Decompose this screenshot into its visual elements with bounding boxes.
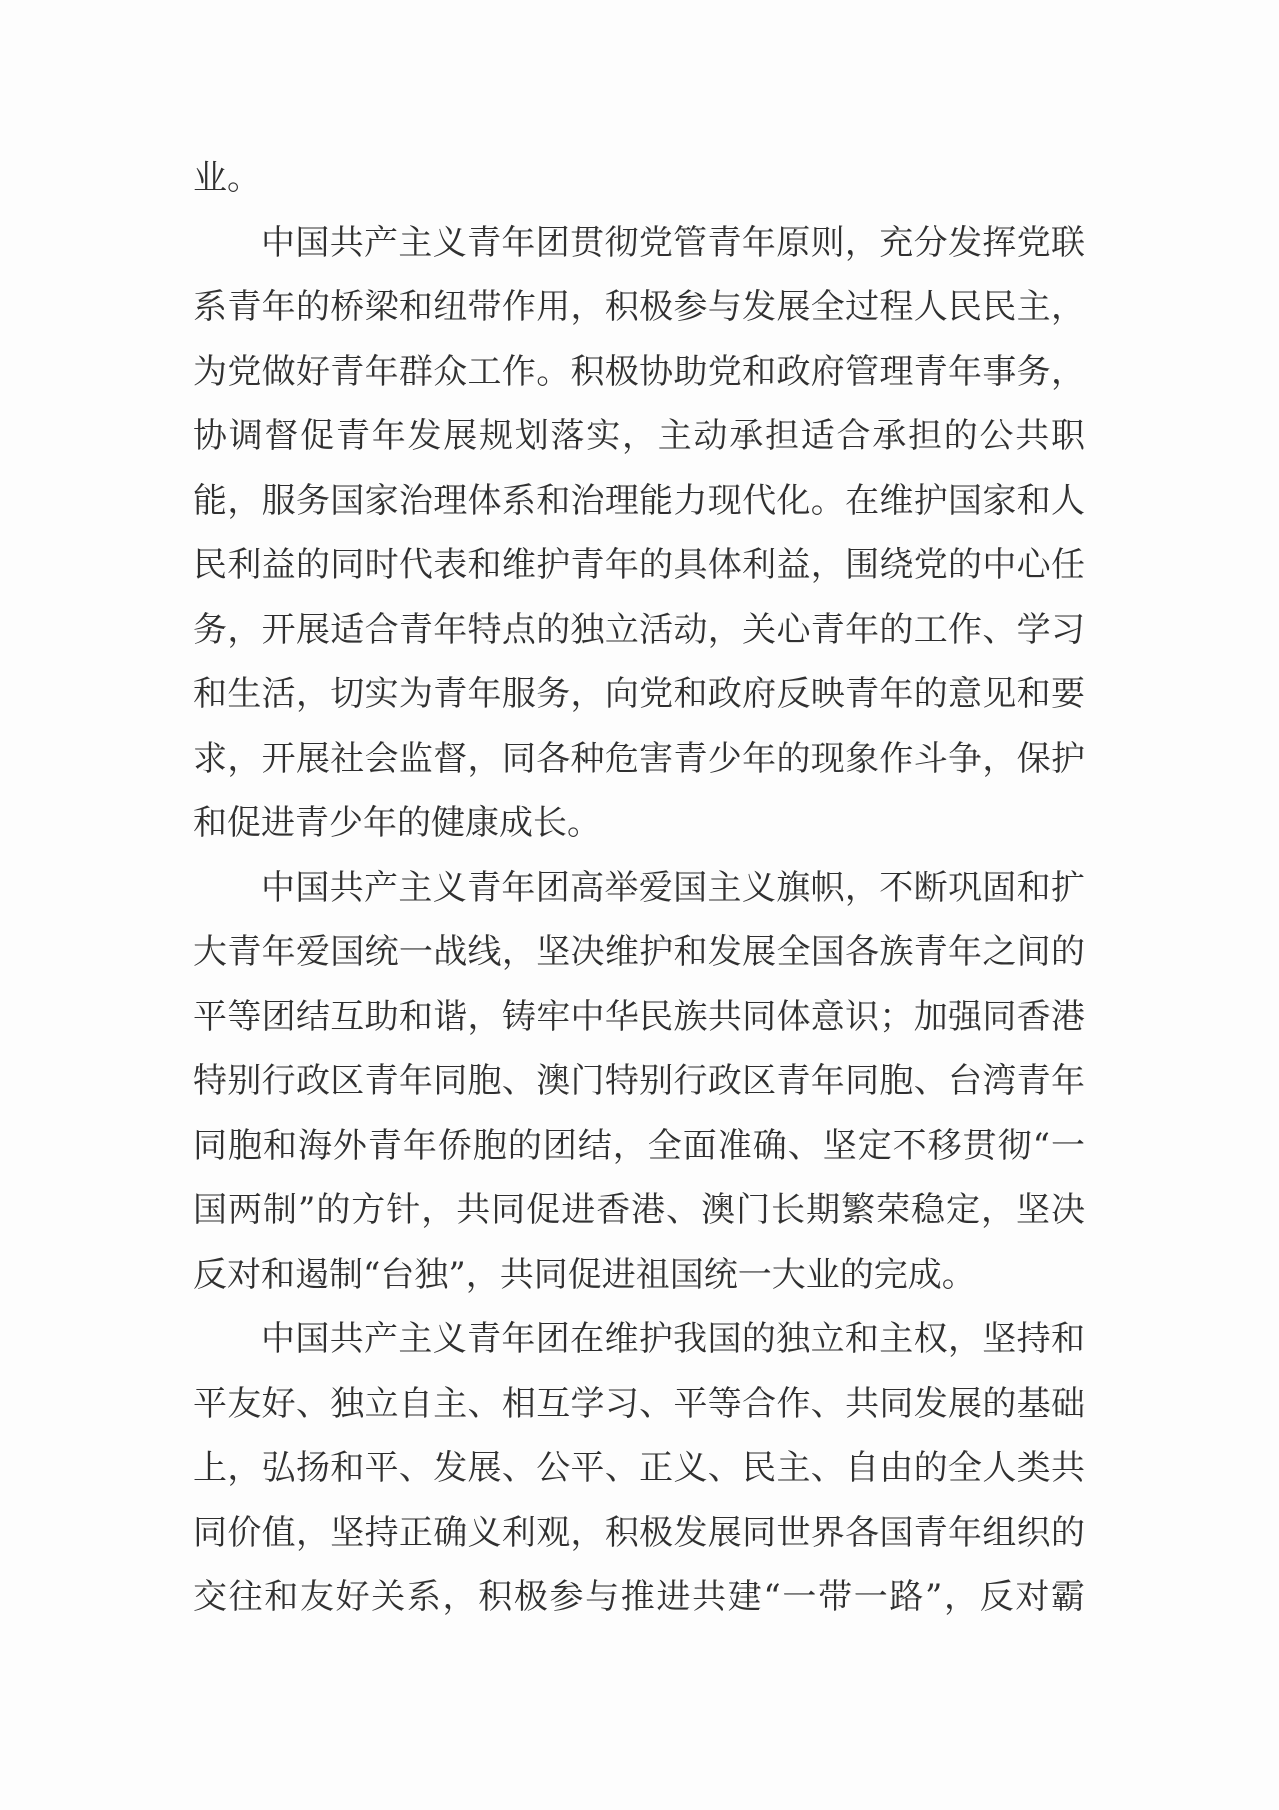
text-line: 同价值，坚持正确义利观，积极发展同世界各国青年组织的 (193, 1501, 1085, 1566)
text-line: 特别行政区青年同胞、澳门特别行政区青年同胞、台湾青年 (193, 1049, 1085, 1114)
text-line: 和促进青少年的健康成长。 (193, 791, 1085, 856)
text-line: 交往和友好关系，积极参与推进共建“一带一路”，反对霸 (193, 1565, 1085, 1630)
text-line: 中国共产主义青年团在维护我国的独立和主权，坚持和 (193, 1307, 1085, 1372)
document-page: 业。中国共产主义青年团贯彻党管青年原则，充分发挥党联系青年的桥梁和纽带作用，积极… (0, 0, 1279, 1810)
text-line: 系青年的桥梁和纽带作用，积极参与发展全过程人民民主， (193, 275, 1085, 340)
text-line: 平等团结互助和谐，铸牢中华民族共同体意识；加强同香港 (193, 985, 1085, 1050)
text-line: 能，服务国家治理体系和治理能力现代化。在维护国家和人 (193, 469, 1085, 534)
text-line: 上，弘扬和平、发展、公平、正义、民主、自由的全人类共 (193, 1436, 1085, 1501)
text-line: 中国共产主义青年团贯彻党管青年原则，充分发挥党联 (193, 211, 1085, 276)
text-line: 业。 (193, 146, 1085, 211)
text-line: 同胞和海外青年侨胞的团结，全面准确、坚定不移贯彻“一 (193, 1114, 1085, 1179)
text-line: 和生活，切实为青年服务，向党和政府反映青年的意见和要 (193, 662, 1085, 727)
text-line: 国两制”的方针，共同促进香港、澳门长期繁荣稳定，坚决 (193, 1178, 1085, 1243)
text-line: 中国共产主义青年团高举爱国主义旗帜，不断巩固和扩 (193, 856, 1085, 921)
text-block: 业。中国共产主义青年团贯彻党管青年原则，充分发挥党联系青年的桥梁和纽带作用，积极… (193, 146, 1085, 1630)
text-line: 平友好、独立自主、相互学习、平等合作、共同发展的基础 (193, 1372, 1085, 1437)
text-line: 求，开展社会监督，同各种危害青少年的现象作斗争，保护 (193, 727, 1085, 792)
text-line: 反对和遏制“台独”，共同促进祖国统一大业的完成。 (193, 1243, 1085, 1308)
text-line: 务，开展适合青年特点的独立活动，关心青年的工作、学习 (193, 598, 1085, 663)
text-line: 为党做好青年群众工作。积极协助党和政府管理青年事务， (193, 340, 1085, 405)
text-line: 协调督促青年发展规划落实，主动承担适合承担的公共职 (193, 404, 1085, 469)
text-line: 民利益的同时代表和维护青年的具体利益，围绕党的中心任 (193, 533, 1085, 598)
text-line: 大青年爱国统一战线，坚决维护和发展全国各族青年之间的 (193, 920, 1085, 985)
